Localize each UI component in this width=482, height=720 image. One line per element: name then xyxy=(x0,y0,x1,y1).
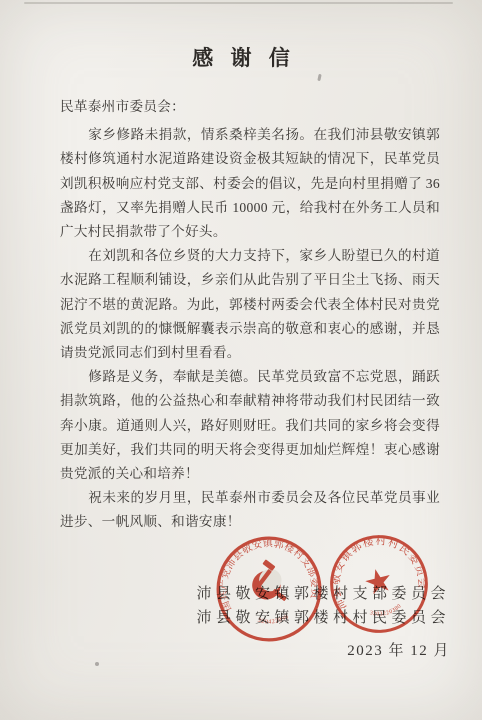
paragraph-road-completed: 在刘凯和各位乡贤的大力支持下，家乡人盼望已久的村道水泥路工程顺利铺设，乡亲们从此… xyxy=(60,244,440,365)
stamp-code-text: 320422098 xyxy=(256,613,291,627)
scan-noise xyxy=(95,662,99,666)
star-icon xyxy=(363,566,393,595)
svg-text:320422098: 320422098 xyxy=(256,613,291,627)
paragraph-donation: 家乡修路未捐款，情系桑梓美名扬。在我们沛县敬安镇郭楼村修筑通村水泥道路建设资金极… xyxy=(60,123,440,244)
letter-title: 感 谢 信 xyxy=(0,42,482,72)
recipient-line: 民革泰州市委员会： xyxy=(60,95,440,119)
stamp-code-text: 3203220380 xyxy=(368,603,404,621)
paragraph-praise: 修路是义务，奉献是美德。民革党员致富不忘党恩，踊跃捐款筑路，他的公益热心和奉献精… xyxy=(60,365,440,486)
letter-body: 民革泰州市委员会： 家乡修路未捐款，情系桑梓美名扬。在我们沛县敬安镇郭楼村修筑通… xyxy=(60,95,440,535)
letter-page: 感 谢 信 民革泰州市委员会： 家乡修路未捐款，情系桑梓美名扬。在我们沛县敬安镇… xyxy=(0,0,482,720)
svg-text:3203220380: 3203220380 xyxy=(368,603,404,621)
scan-noise xyxy=(317,74,321,81)
scan-edge-artifact xyxy=(24,2,453,4)
scan-noise xyxy=(186,372,189,375)
hammer-sickle-icon xyxy=(249,557,288,605)
